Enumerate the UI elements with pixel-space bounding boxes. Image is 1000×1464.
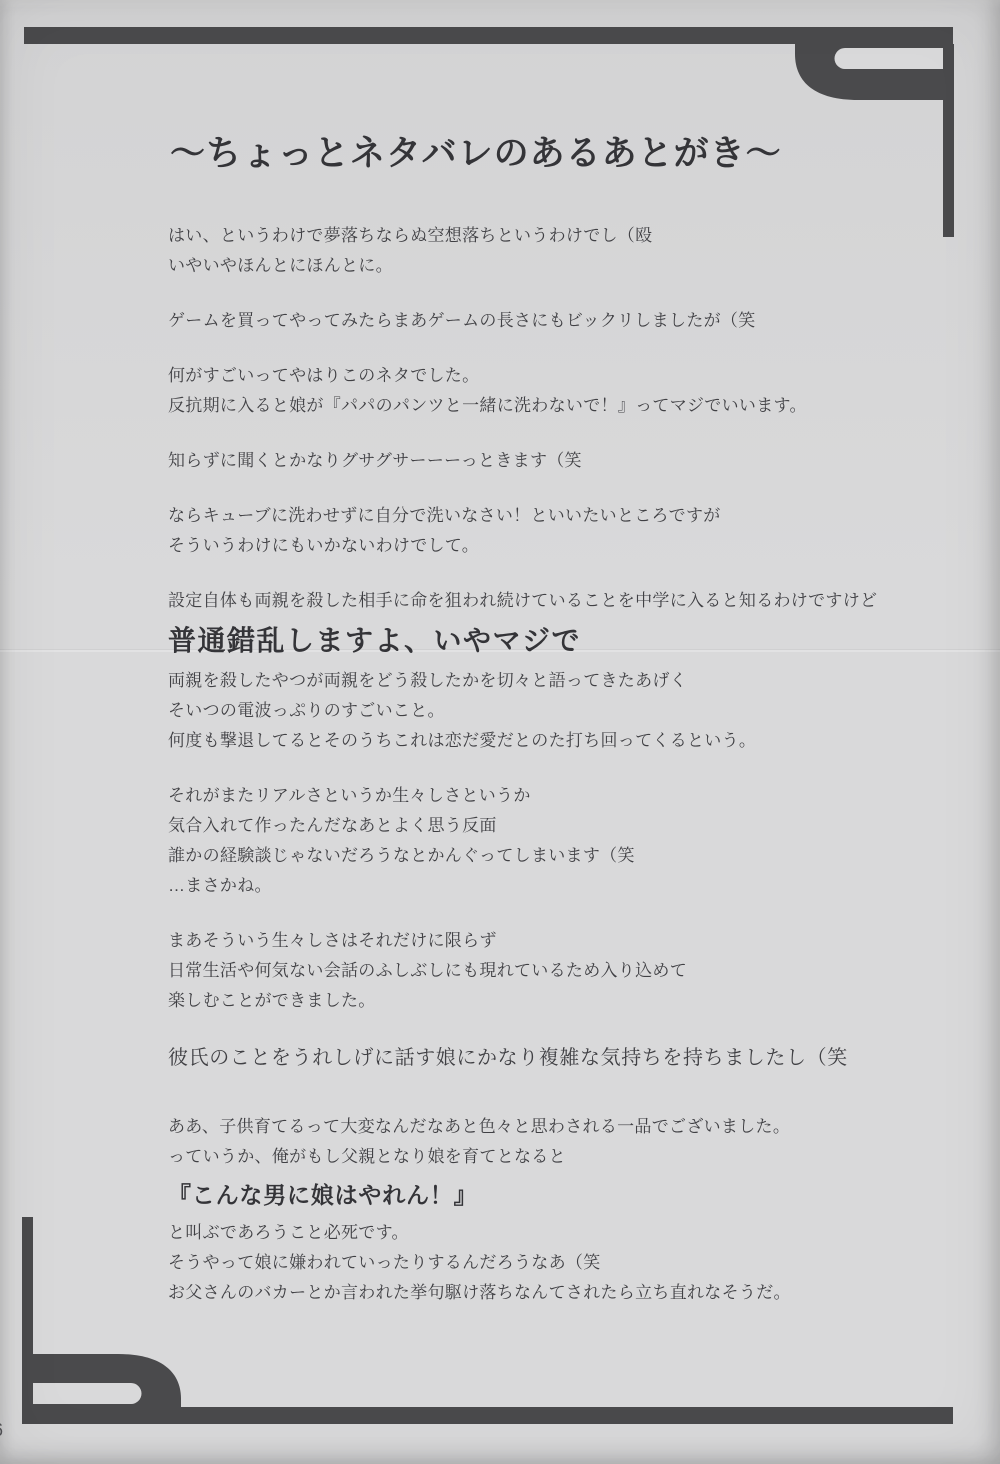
text-line: ああ、子供育てるって大変なんだなあと色々と思わされる一品でございました。 <box>168 1112 958 1142</box>
text-line: 気合入れて作ったんだなあとよく思う反面 <box>168 811 958 841</box>
text-line: っていうか、俺がもし父親となり娘を育てとなると <box>168 1142 958 1172</box>
text-line: 両親を殺したやつが両親をどう殺したかを切々と語ってきたあげく <box>168 666 958 696</box>
page-container: ～ちょっとネタバレのあるあとがき～ はい、というわけで夢落ちならぬ空想落ちという… <box>0 0 1000 1464</box>
text-line: 設定自体も両親を殺した相手に命を狙われ続けていることを中学に入ると知るわけですけ… <box>168 586 958 616</box>
paragraph: 何がすごいってやはりこのネタでした。反抗期に入ると娘が『パパのパンツと一緒に洗わ… <box>168 361 958 421</box>
text-line: 反抗期に入ると娘が『パパのパンツと一緒に洗わないで！』ってマジでいいます。 <box>168 391 958 421</box>
paragraph: 知らずに聞くとかなりグサグサーーーっときます（笑 <box>168 446 958 476</box>
text-line: それがまたリアルさというか生々しさというか <box>168 781 958 811</box>
text-line: 誰かの経験談じゃないだろうなとかんぐってしまいます（笑 <box>168 841 958 871</box>
page-title: ～ちょっとネタバレのあるあとがき～ <box>170 126 782 176</box>
paragraph: まあそういう生々しさはそれだけに限らず日常生活や何気ない会話のふしぶしにも現れて… <box>168 926 958 1016</box>
text-line: 楽しむことができました。 <box>168 986 958 1016</box>
text-line: そういうわけにもいかないわけでして。 <box>168 531 958 561</box>
text-line: 『こんな男に娘はやれん！』 <box>168 1172 958 1218</box>
text-line: そうやって娘に嫌われていったりするんだろうなあ（笑 <box>168 1248 958 1278</box>
paragraph: 彼氏のことをうれしげに話す娘にかなり複雑な気持ちを持ちましたし（笑 <box>168 1041 958 1075</box>
text-line: ならキューブに洗わせずに自分で洗いなさい！といいたいところですが <box>168 501 958 531</box>
text-line: お父さんのバカーとか言われた挙句駆け落ちなんてされたら立ち直れなそうだ。 <box>168 1278 958 1308</box>
paragraph: ゲームを買ってやってみたらまあゲームの長さにもビックリしましたが（笑 <box>168 306 958 336</box>
text-line: まあそういう生々しさはそれだけに限らず <box>168 926 958 956</box>
page-number: 6 <box>0 1420 3 1441</box>
afterword-text: はい、というわけで夢落ちならぬ空想落ちというわけでし（殴いやいやほんとにほんとに… <box>168 221 958 1333</box>
text-line: はい、というわけで夢落ちならぬ空想落ちというわけでし（殴 <box>168 221 958 251</box>
text-line: 普通錯乱しますよ、いやマジで <box>168 616 958 666</box>
text-line: いやいやほんとにほんとに。 <box>168 251 958 281</box>
text-line: 知らずに聞くとかなりグサグサーーーっときます（笑 <box>168 446 958 476</box>
text-line: 何がすごいってやはりこのネタでした。 <box>168 361 958 391</box>
text-line: ゲームを買ってやってみたらまあゲームの長さにもビックリしましたが（笑 <box>168 306 958 336</box>
text-line: そいつの電波っぷりのすごいこと。 <box>168 696 958 726</box>
text-line: …まさかね。 <box>168 871 958 901</box>
text-line: 彼氏のことをうれしげに話す娘にかなり複雑な気持ちを持ちましたし（笑 <box>168 1041 958 1075</box>
paragraph: ああ、子供育てるって大変なんだなあと色々と思わされる一品でございました。っていう… <box>168 1112 958 1308</box>
text-line: 何度も撃退してるとそのうちこれは恋だ愛だとのた打ち回ってくるという。 <box>168 726 958 756</box>
paragraph: 設定自体も両親を殺した相手に命を狙われ続けていることを中学に入ると知るわけですけ… <box>168 586 958 756</box>
text-line: と叫ぶであろうこと必死です。 <box>168 1218 958 1248</box>
paragraph: ならキューブに洗わせずに自分で洗いなさい！といいたいところですがそういうわけにも… <box>168 501 958 561</box>
paragraph: はい、というわけで夢落ちならぬ空想落ちというわけでし（殴いやいやほんとにほんとに… <box>168 221 958 281</box>
text-line: 日常生活や何気ない会話のふしぶしにも現れているため入り込めて <box>168 956 958 986</box>
paragraph: それがまたリアルさというか生々しさというか気合入れて作ったんだなあとよく思う反面… <box>168 781 958 901</box>
